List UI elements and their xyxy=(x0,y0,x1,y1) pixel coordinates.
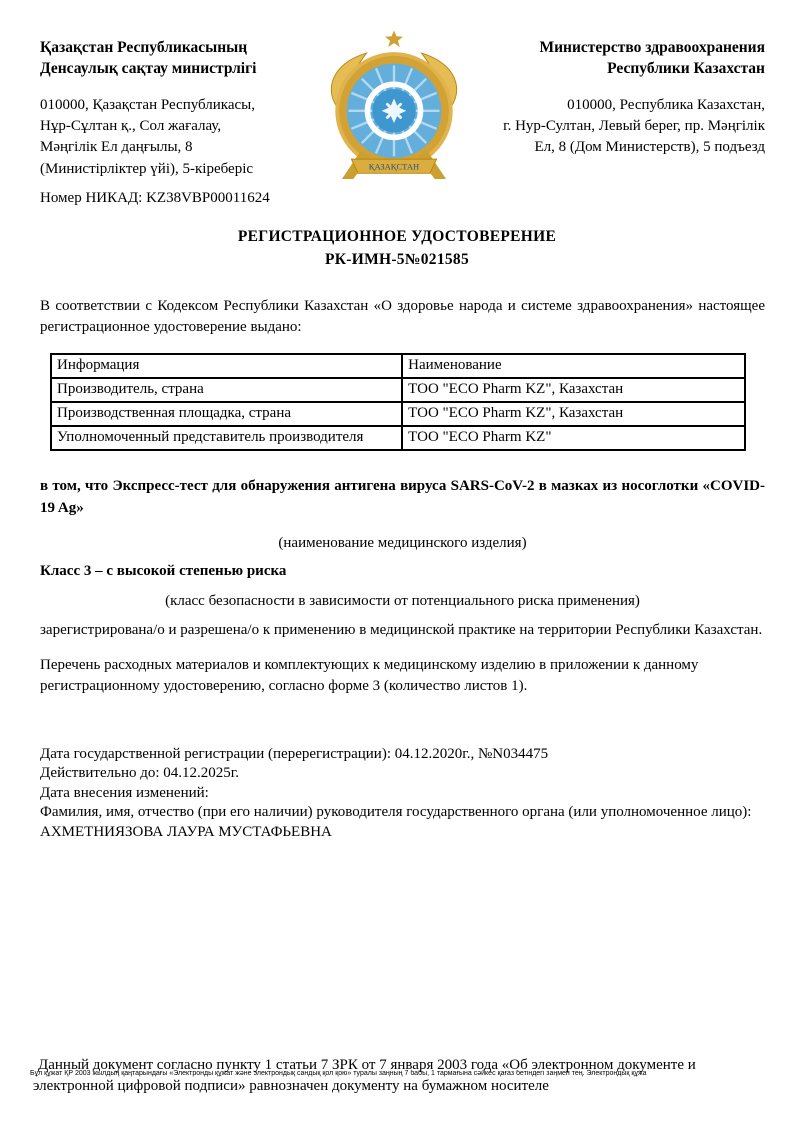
registered-paragraph: зарегистрирована/о и разрешена/о к приме… xyxy=(40,620,765,641)
table-row: Производственная площадка, страна ТОО "E… xyxy=(51,402,745,426)
manufacturer-table: Информация Наименование Производитель, с… xyxy=(50,353,746,451)
row-label: Уполномоченный представитель производите… xyxy=(51,426,402,450)
document-number: РК-ИМН-5№021585 xyxy=(0,248,794,271)
emblem-banner-text: ҚАЗАҚСТАН xyxy=(368,162,418,172)
table-row: Производитель, страна ТОО "ECO Pharm KZ"… xyxy=(51,378,745,402)
risk-class-statement: Класс 3 – с высокой степенью риска xyxy=(40,563,765,580)
document-title: РЕГИСТРАЦИОННОЕ УДОСТОВЕРЕНИЕ РК-ИМН-5№0… xyxy=(0,225,794,272)
ministry-title-kz-line2: Денсаулық сақтау министрлігі xyxy=(40,59,314,80)
address-kz-line1: 010000, Қазақстан Республикасы, xyxy=(40,95,314,116)
ministry-title-kz: Қазақстан Республикасының Денсаулық сақт… xyxy=(40,38,314,80)
emblem-container: ҚАЗАҚСТАН xyxy=(321,26,467,207)
address-ru-line3: Ел, 8 (Дом Министерств), 5 подъезд xyxy=(473,137,765,158)
head-official-line: Фамилия, имя, отчество (при его наличии)… xyxy=(40,803,765,842)
table-header-row: Информация Наименование xyxy=(51,354,745,378)
row-value: ТОО "ECO Pharm KZ", Казахстан xyxy=(402,378,745,402)
device-name-caption: (наименование медицинского изделия) xyxy=(40,535,765,552)
nikad-number: Номер НИКАД: KZ38VBP00011624 xyxy=(40,190,314,207)
row-value: ТОО "ECO Pharm KZ" xyxy=(402,426,745,450)
risk-class-caption: (класс безопасности в зависимости от пот… xyxy=(40,593,765,610)
address-ru-line2: г. Нур-Султан, Левый берег, пр. Мәңгілік xyxy=(473,116,765,137)
legal-footer-fineprint-kz: Бұл құжат ҚР 2003 жылдың қаңтарындағы «Э… xyxy=(30,1070,794,1077)
kazakhstan-coat-of-arms-icon: ҚАЗАҚСТАН xyxy=(323,26,465,190)
ministry-title-ru-line1: Министерство здравоохранения xyxy=(473,38,765,59)
valid-until-line: Действительно до: 04.12.2025г. xyxy=(40,764,765,784)
table-header-info: Информация xyxy=(51,354,402,378)
ministry-address-ru: 010000, Республика Казахстан, г. Нур-Сул… xyxy=(473,95,765,159)
row-label: Производственная площадка, страна xyxy=(51,402,402,426)
document-header: Қазақстан Республикасының Денсаулық сақт… xyxy=(0,0,794,207)
table-row: Уполномоченный представитель производите… xyxy=(51,426,745,450)
attachments-paragraph: Перечень расходных материалов и комплект… xyxy=(40,655,765,696)
address-kz-line3: Мәңгілік Ел даңғылы, 8 xyxy=(40,137,314,158)
ministry-block-kazakh: Қазақстан Республикасының Денсаулық сақт… xyxy=(40,38,314,207)
ministry-block-russian: Министерство здравоохранения Республики … xyxy=(473,38,765,207)
registration-certificate-document: Қазақстан Республикасының Денсаулық сақт… xyxy=(0,0,794,1123)
row-value: ТОО "ECO Pharm KZ", Казахстан xyxy=(402,402,745,426)
intro-paragraph: В соответствии с Кодексом Республики Каз… xyxy=(40,296,765,338)
ministry-title-kz-line1: Қазақстан Республикасының xyxy=(40,38,314,59)
document-body: В соответствии с Кодексом Республики Каз… xyxy=(0,296,794,843)
address-kz-line4: (Министірліктер үйі), 5-кіреберіс xyxy=(40,159,314,180)
device-name-statement: в том, что Экспресс-тест для обнаружения… xyxy=(40,475,765,520)
table-header-name: Наименование xyxy=(402,354,745,378)
registration-date-line: Дата государственной регистрации (перере… xyxy=(40,745,765,765)
ministry-title-ru-line2: Республики Казахстан xyxy=(473,59,765,80)
row-label: Производитель, страна xyxy=(51,378,402,402)
address-ru-line1: 010000, Республика Казахстан, xyxy=(473,95,765,116)
registration-details: Дата государственной регистрации (перере… xyxy=(40,745,765,843)
changes-date-line: Дата внесения изменений: xyxy=(40,784,765,804)
document-title-line1: РЕГИСТРАЦИОННОЕ УДОСТОВЕРЕНИЕ xyxy=(0,225,794,248)
ministry-title-ru: Министерство здравоохранения Республики … xyxy=(473,38,765,80)
ministry-address-kz: 010000, Қазақстан Республикасы, Нұр-Сұлт… xyxy=(40,95,314,180)
address-kz-line2: Нұр-Сұлтан қ., Сол жағалау, xyxy=(40,116,314,137)
